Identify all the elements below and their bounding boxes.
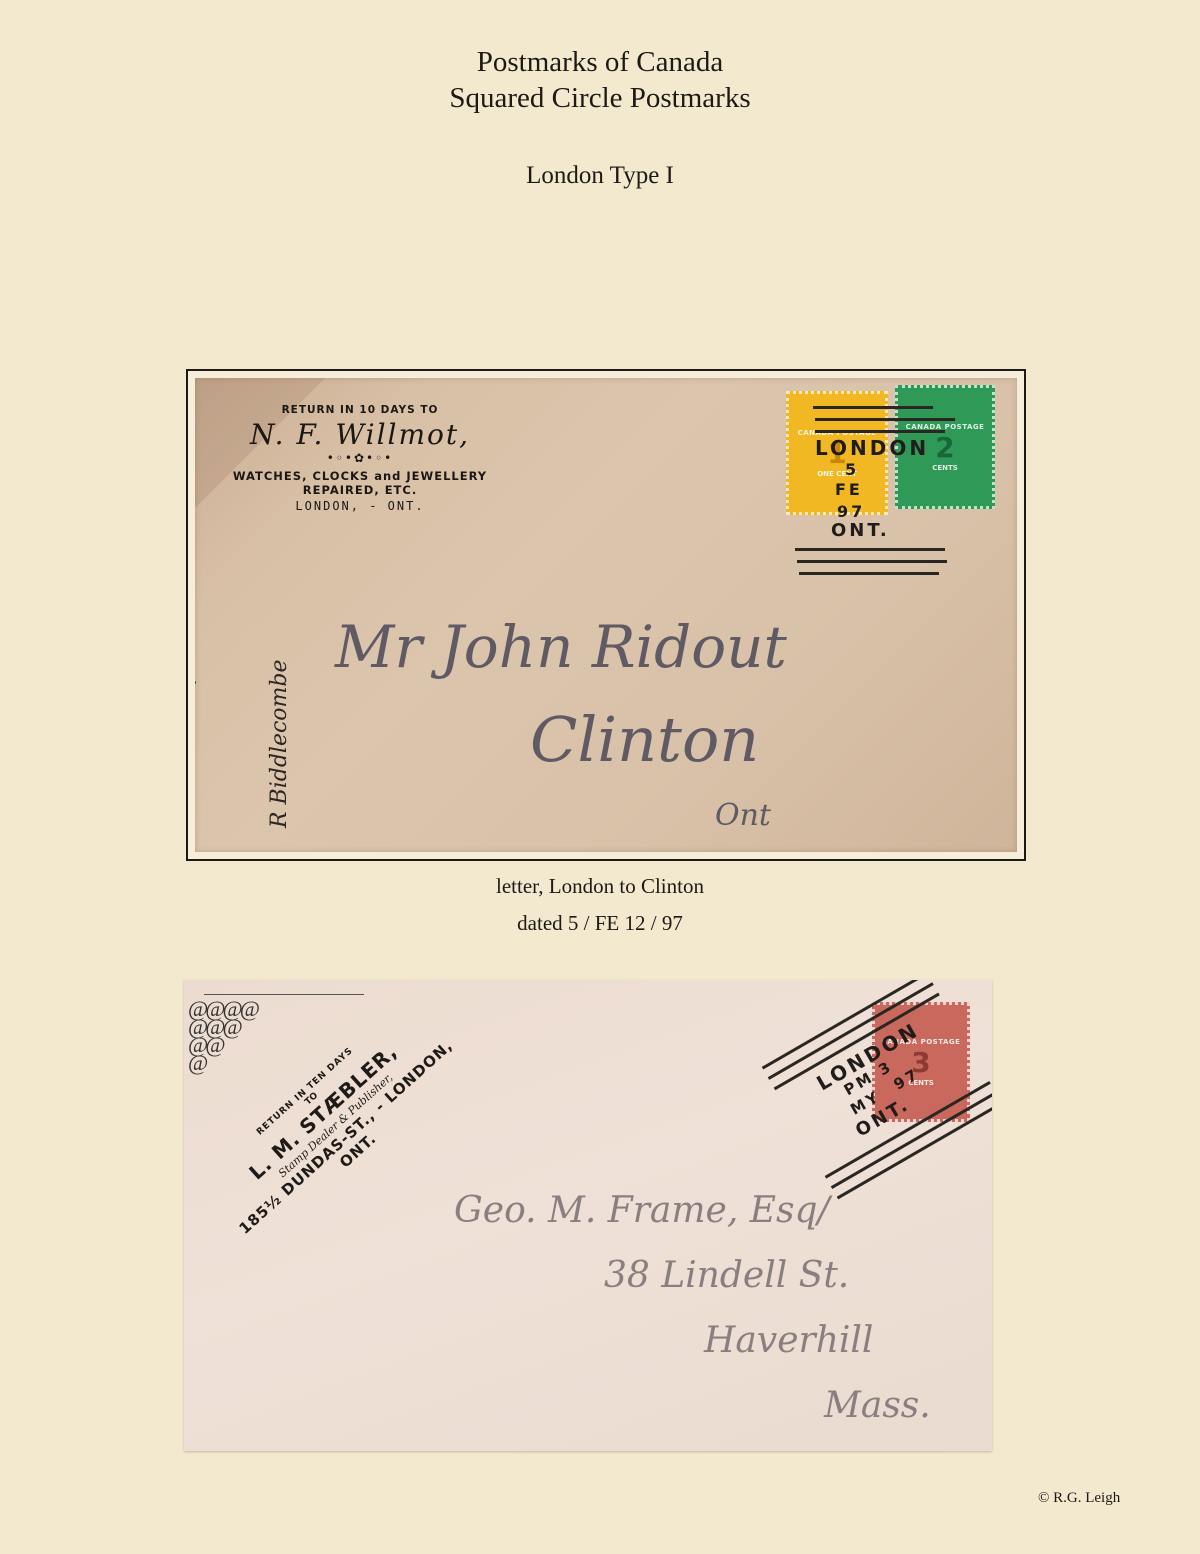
scroll-ornament-icon: @@@@@@@@@@ bbox=[188, 1000, 257, 1072]
postmark-year: 97 bbox=[891, 1065, 923, 1094]
page-heading: Postmarks of Canada Squared Circle Postm… bbox=[0, 44, 1200, 116]
corner-card-business: Stamp Dealer & Publisher, bbox=[223, 1024, 447, 1228]
corner-card-name: N. F. Willmot, bbox=[215, 418, 505, 451]
postmark-town: LONDON bbox=[815, 436, 929, 460]
corner-card-services: REPAIRED, ETC. bbox=[215, 483, 505, 497]
cover-1-corner-card: RETURN IN 10 DAYS TO N. F. Willmot, •◦•✿… bbox=[215, 404, 505, 513]
cover-1-address-province: Ont bbox=[715, 798, 771, 833]
copyright-notice: © R.G. Leigh bbox=[1038, 1490, 1120, 1507]
corner-card-location: LONDON, - ONT. bbox=[215, 499, 505, 513]
cover-1-caption-line-1: letter, London to Clinton bbox=[0, 874, 1200, 899]
corner-card-return-line: RETURN IN 10 DAYS TO bbox=[215, 404, 505, 416]
cover-2-address-town: Haverhill bbox=[704, 1320, 873, 1361]
cover-2-address-street: 38 Lindell St. bbox=[604, 1255, 849, 1296]
cover-1-envelope: RETURN IN 10 DAYS TO N. F. Willmot, •◦•✿… bbox=[195, 378, 1017, 852]
postmark-month: FE bbox=[835, 480, 863, 499]
page-subtitle: London Type I bbox=[0, 162, 1200, 190]
cover-2-address-state: Mass. bbox=[824, 1385, 931, 1426]
postmark-year: 97 bbox=[837, 502, 865, 521]
cover-1-caption-line-2: dated 5 / FE 12 / 97 bbox=[0, 911, 1200, 936]
page-title-line-1: Postmarks of Canada bbox=[0, 44, 1200, 80]
cover-1-docket-name: R Biddlecombe bbox=[267, 528, 292, 828]
postmark-day: 5 bbox=[845, 460, 859, 479]
corner-card-business: WATCHES, CLOCKS and JEWELLERY bbox=[215, 469, 505, 483]
postmark-province: ONT. bbox=[831, 520, 890, 541]
ornament-icon: •◦•✿•◦• bbox=[215, 451, 505, 465]
page-title-line-2: Squared Circle Postmarks bbox=[0, 80, 1200, 116]
corner-card-rule bbox=[204, 994, 364, 995]
cover-1-squared-circle-postmark: LONDON 5 FE 97 ONT. bbox=[785, 398, 985, 578]
cover-2-squared-circle-postmark: LONDON PM 3 MY 97 ONT. bbox=[729, 980, 992, 1224]
cover-1-docket-date: Feb 13/97 bbox=[195, 498, 200, 758]
cover-2-address-name: Geo. M. Frame, Esq/ bbox=[454, 1190, 830, 1231]
cover-1-frame: RETURN IN 10 DAYS TO N. F. Willmot, •◦•✿… bbox=[186, 369, 1026, 861]
cover-2-envelope: @@@@@@@@@@ RETURN IN TEN DAYS TO L. M. S… bbox=[184, 980, 992, 1451]
cover-1-address-town: Clinton bbox=[530, 703, 759, 776]
cover-1-address-name: Mr John Ridout bbox=[335, 613, 787, 681]
